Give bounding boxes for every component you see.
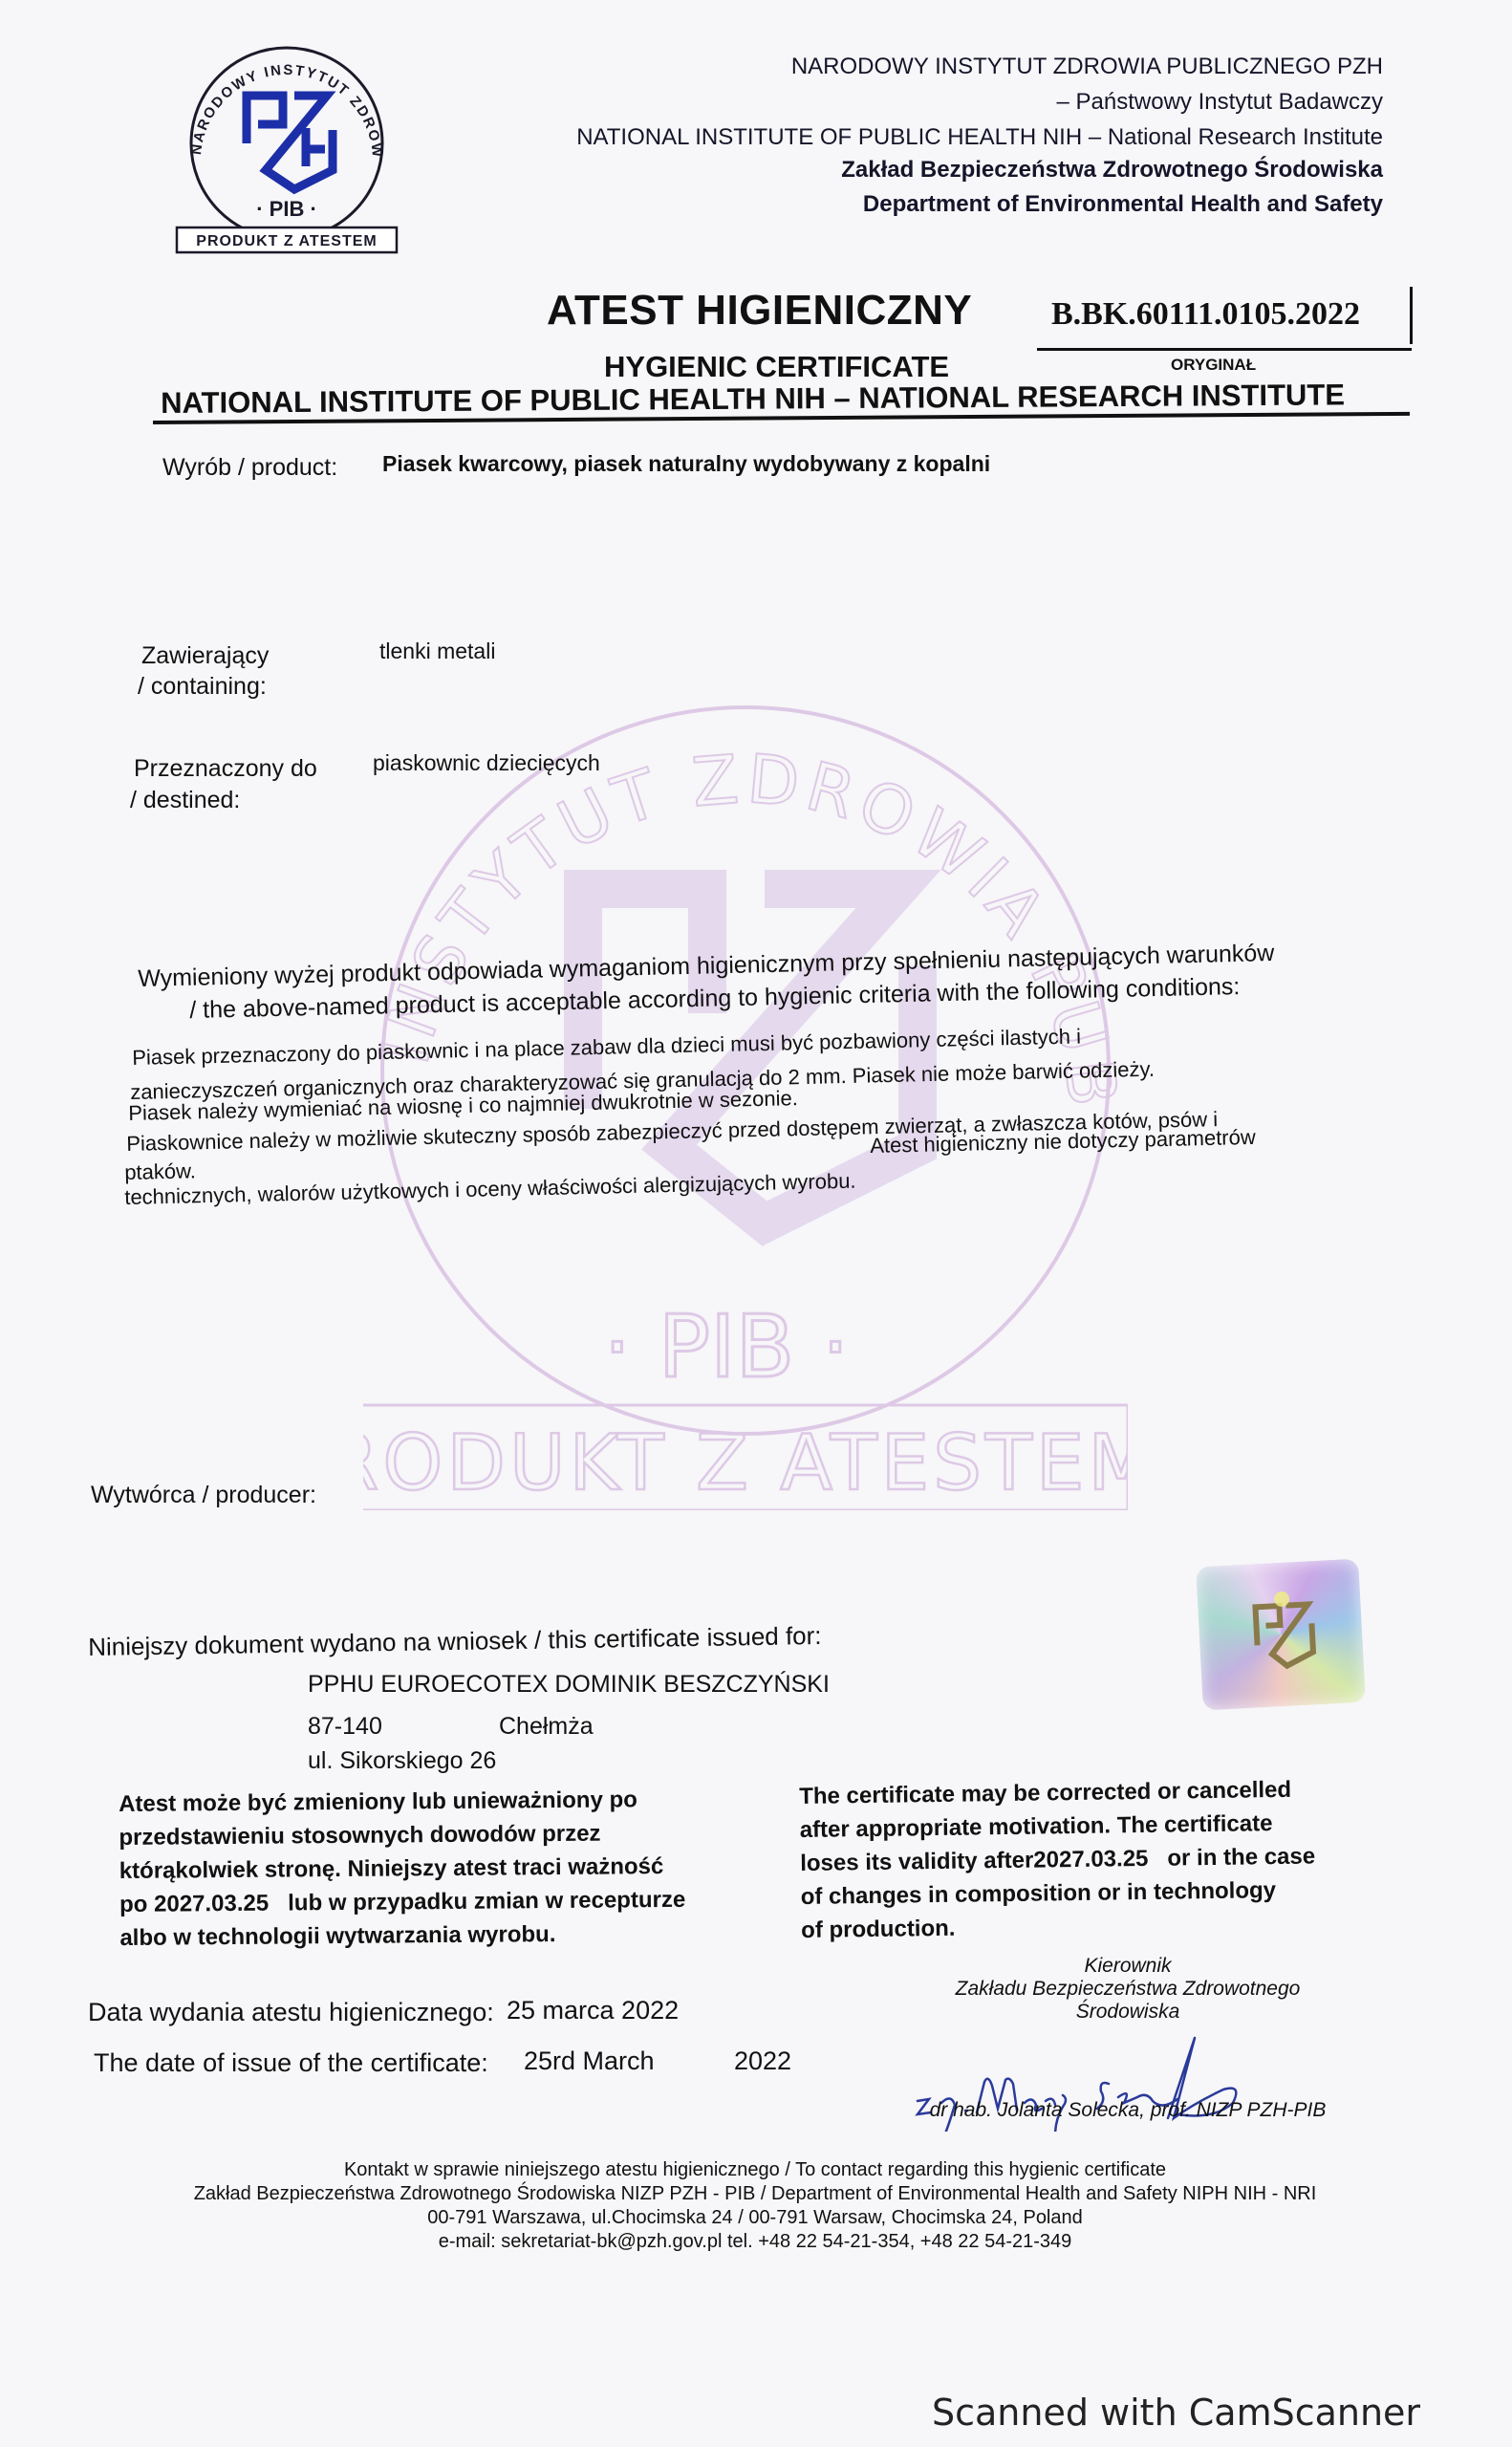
certificate-number-box: B.BK.60111.0105.2022 — [1037, 287, 1413, 344]
product-value: Piasek kwarcowy, piasek naturalny wydoby… — [382, 451, 990, 477]
footer-line: 00-791 Warszawa, ul.Chocimska 24 / 00-79… — [76, 2206, 1434, 2230]
issue-date-label-pl: Data wydania atestu higienicznego: — [88, 1998, 494, 2027]
institute-subtitle-pl: – Państwowy Instytut Badawczy — [1057, 89, 1383, 116]
producer-label: Wytwórca / producer: — [91, 1482, 316, 1509]
issue-date-year-en: 2022 — [734, 2046, 791, 2076]
signatory-role: Kierownik — [889, 1955, 1367, 1978]
original-label: ORYGINAŁ — [1171, 356, 1256, 375]
footer-line: Kontakt w sprawie niniejszego atestu hig… — [76, 2158, 1434, 2182]
pzh-logo-icon: NARODOWY INSTYTUT ZDROWIA PUBLICZNEGO · … — [172, 36, 401, 256]
condition-line: ptaków. — [124, 1159, 196, 1185]
city: Chełmża — [499, 1713, 594, 1741]
department-name-pl: Zakład Bezpieczeństwa Zdrowotnego Środow… — [841, 157, 1383, 184]
divider — [1037, 348, 1412, 351]
certificate-title-en: HYGIENIC CERTIFICATE — [604, 350, 949, 384]
svg-text:· PIB ·: · PIB · — [604, 1297, 850, 1397]
destined-value: piaskownic dziecięcych — [373, 750, 600, 776]
product-label: Wyrób / product: — [162, 454, 337, 482]
postal-code: 87-140 — [308, 1713, 382, 1741]
containing-value: tlenki metali — [379, 639, 495, 664]
validity-line: po 2027.03.25 lub w przypadku zmian w re… — [119, 1883, 685, 1921]
signatory-title: Kierownik Zakładu Bezpieczeństwa Zdrowot… — [889, 1955, 1367, 2024]
validity-text-pl: Atest może być zmieniony lub unieważnion… — [119, 1783, 686, 1955]
certificate-title-pl: ATEST HIGIENICZNY — [547, 287, 972, 335]
validity-line: of production. — [801, 1906, 1316, 1947]
svg-text:PRODUKT Z ATESTEM: PRODUKT Z ATESTEM — [363, 1418, 1128, 1507]
validity-line: przedstawieniu stosownych dowodów przez — [119, 1816, 684, 1854]
validity-line: którąkolwiek stronę. Niniejszy atest tra… — [119, 1850, 685, 1888]
signatory-department: Środowiska — [889, 2001, 1367, 2024]
signatory-name: dr hab. Jolanta Solecka, prof. NIZP PZH-… — [889, 2099, 1367, 2122]
contact-footer: Kontakt w sprawie niniejszego atestu hig… — [76, 2158, 1434, 2254]
hologram-seal — [1196, 1559, 1366, 1711]
issue-date-value-en: 25rd March — [524, 2046, 655, 2076]
issue-date-value-pl: 25 marca 2022 — [507, 1996, 679, 2025]
street-address: ul. Sikorskiego 26 — [308, 1747, 496, 1775]
containing-label: Zawierający — [141, 642, 269, 670]
camscanner-watermark: Scanned with CamScanner — [932, 2392, 1420, 2434]
destined-label: Przeznaczony do — [134, 755, 317, 783]
institute-name-pl: NARODOWY INSTYTUT ZDROWIA PUBLICZNEGO PZ… — [791, 54, 1383, 80]
certificate-number: B.BK.60111.0105.2022 — [1051, 296, 1360, 333]
containing-label-en: / containing: — [138, 673, 267, 701]
department-name-en: Department of Environmental Health and S… — [863, 191, 1383, 218]
signatory-department: Zakładu Bezpieczeństwa Zdrowotnego — [889, 1978, 1367, 2001]
pzh-hologram-icon — [1236, 1590, 1327, 1680]
footer-line: e-mail: sekretariat-bk@pzh.gov.pl tel. +… — [76, 2230, 1434, 2254]
company-name: PPHU EUROECOTEX DOMINIK BESZCZYŃSKI — [308, 1671, 830, 1699]
validity-line: albo w technologii wytwarzania wyrobu. — [119, 1916, 685, 1955]
issue-date-label-en: The date of issue of the certificate: — [94, 2048, 488, 2078]
pzh-logo: NARODOWY INSTYTUT ZDROWIA PUBLICZNEGO · … — [172, 36, 401, 256]
validity-line: Atest może być zmieniony lub unieważnion… — [119, 1783, 684, 1821]
validity-text-en: The certificate may be corrected or canc… — [799, 1772, 1316, 1947]
svg-text:· PIB ·: · PIB · — [256, 197, 317, 221]
destined-label-en: / destined: — [130, 787, 240, 814]
svg-text:PRODUKT Z ATESTEM: PRODUKT Z ATESTEM — [196, 233, 377, 249]
footer-line: Zakład Bezpieczeństwa Zdrowotnego Środow… — [76, 2182, 1434, 2206]
issued-for-label: Niniejszy dokument wydano na wniosek / t… — [88, 1621, 822, 1662]
institute-name-en: NATIONAL INSTITUTE OF PUBLIC HEALTH NIH … — [576, 124, 1383, 151]
